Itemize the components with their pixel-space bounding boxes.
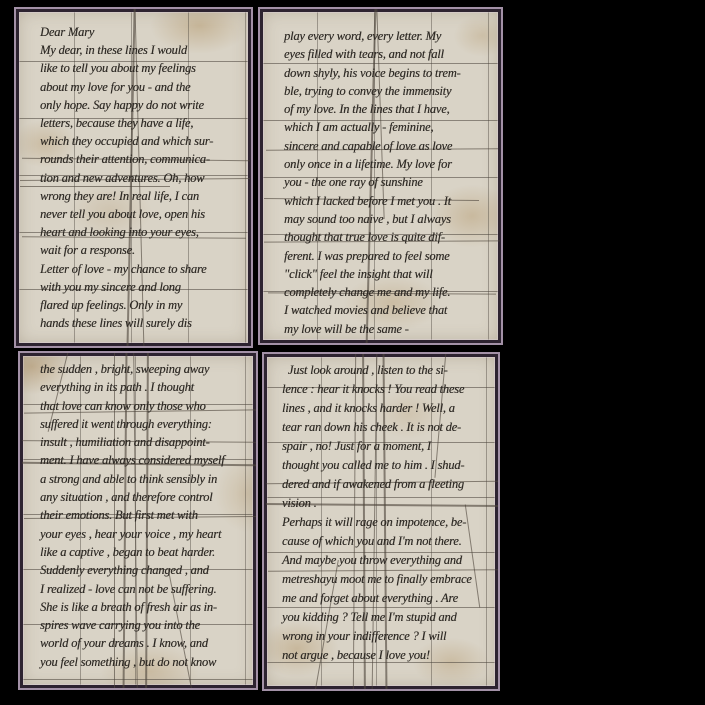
handwriting-line: heart and looking into your eyes, [40, 223, 247, 241]
handwriting-line: my love will be the same - [284, 320, 497, 338]
handwriting-line: Letter of love - my chance to share [40, 260, 247, 278]
handwriting-line: spires wave carrying you into the [40, 616, 252, 634]
handwriting-line: your eyes , hear your voice , my heart [40, 525, 252, 543]
handwriting-line: you feel something , but do not know [40, 653, 252, 671]
handwriting-line: vision . [282, 494, 494, 513]
handwriting-line: dered and if awakened from a fleeting [282, 475, 494, 494]
handwriting-line: tear ran down his cheek . It is not de- [282, 418, 494, 437]
handwriting-line: wrong in your indifference ? I will [282, 627, 494, 646]
handwriting-line: you kidding ? Tell me I'm stupid and [282, 608, 494, 627]
handwriting-line: Suddenly everything changed , and [40, 561, 252, 579]
handwriting-line: like a captive , began to beat harder. [40, 543, 252, 561]
handwriting-line: may sound too naive , but I always [284, 210, 497, 228]
handwriting-line: Dear Mary [40, 23, 247, 41]
handwriting-line: ment. I have always considered myself [40, 451, 252, 469]
handwriting-line: I realized - love can not be suffering. [40, 580, 252, 598]
handwriting-line: a strong and able to think sensibly in [40, 470, 252, 488]
handwriting-line: sincere and capable of love as love [284, 137, 497, 155]
handwriting-line: insult , humiliation and disappoint- [40, 433, 252, 451]
handwriting-line: Just look around , listen to the si- [282, 361, 494, 380]
handwriting-line: My dear, in these lines I would [40, 41, 247, 59]
handwriting-line: any situation , and therefore control [40, 488, 252, 506]
page-4-text: Just look around , listen to the si-lenc… [264, 354, 498, 689]
handwriting-line: which I lacked before I met you . It [284, 192, 497, 210]
handwriting-line: lines , and it knocks harder ! Well, a [282, 399, 494, 418]
handwriting-line: wrong they are! In real life, I can [40, 187, 247, 205]
handwriting-line: rounds their attention, communica- [40, 150, 247, 168]
handwriting-line: their emotions. But first met with [40, 506, 252, 524]
handwriting-line: And maybe you throw everything and [282, 551, 494, 570]
handwriting-line: the sudden , bright, sweeping away [40, 360, 252, 378]
handwriting-line: ferent. I was prepared to feel some [284, 247, 497, 265]
handwriting-line: Perhaps it will rage on impotence, be- [282, 513, 494, 532]
page-1-text: Dear MaryMy dear, in these lines I would… [16, 9, 251, 346]
handwriting-line: wait for a response. [40, 241, 247, 259]
handwriting-line: letters, because they have a life, [40, 114, 247, 132]
letter-page-2: play every word, every letter. Myeyes fi… [258, 7, 503, 345]
handwriting-line: suffered it went through everything: [40, 415, 252, 433]
handwriting-line: tion and new adventures. Oh, how [40, 169, 247, 187]
handwriting-line: that love can know only those who [40, 397, 252, 415]
handwriting-line: only hope. Say happy do not write [40, 96, 247, 114]
handwriting-line: spair , no! Just for a moment, I [282, 437, 494, 456]
handwriting-line: of my love. In the lines that I have, [284, 100, 497, 118]
handwriting-line: lence : hear it knocks ! You read these [282, 380, 494, 399]
page-2-text: play every word, every letter. Myeyes fi… [260, 9, 501, 343]
handwriting-line: world of your dreams . I know, and [40, 634, 252, 652]
letter-collage: Dear MaryMy dear, in these lines I would… [0, 0, 705, 705]
handwriting-line: I watched movies and believe that [284, 301, 497, 319]
handwriting-line: me and forget about everything . Are [282, 589, 494, 608]
handwriting-line: which I am actually - feminine, [284, 118, 497, 136]
page-3-text: the sudden , bright, sweeping awayeveryt… [20, 353, 256, 688]
handwriting-line: cause of which you and I'm not there. [282, 532, 494, 551]
handwriting-line: like to tell you about my feelings [40, 59, 247, 77]
handwriting-line: eyes filled with tears, and not fall [284, 45, 497, 63]
handwriting-line: ble, trying to convey the immensity [284, 82, 497, 100]
handwriting-line: not argue , because I love you! [282, 646, 494, 665]
handwriting-line: hands these lines will surely dis [40, 314, 247, 332]
handwriting-line: thought you called me to him . I shud- [282, 456, 494, 475]
handwriting-line: which they occupied and which sur- [40, 132, 247, 150]
handwriting-line: completely change me and my life. [284, 283, 497, 301]
handwriting-line: thought that true love is quite dif- [284, 228, 497, 246]
letter-page-3: the sudden , bright, sweeping awayeveryt… [18, 351, 258, 690]
handwriting-line: play every word, every letter. My [284, 27, 497, 45]
letter-page-1: Dear MaryMy dear, in these lines I would… [14, 7, 253, 348]
handwriting-line: flared up feelings. Only in my [40, 296, 247, 314]
letter-page-4: Just look around , listen to the si-lenc… [262, 352, 500, 691]
handwriting-line: never tell you about love, open his [40, 205, 247, 223]
handwriting-line: about my love for you - and the [40, 78, 247, 96]
handwriting-line: with you my sincere and long [40, 278, 247, 296]
handwriting-line: you - the one ray of sunshine [284, 173, 497, 191]
handwriting-line: down shyly, his voice begins to trem- [284, 64, 497, 82]
handwriting-line: everything in its path . I thought [40, 378, 252, 396]
handwriting-line: She is like a breath of fresh air as in- [40, 598, 252, 616]
handwriting-line: only once in a lifetime. My love for [284, 155, 497, 173]
handwriting-line: metreshayu moot me to finally embrace [282, 570, 494, 589]
handwriting-line: "click" feel the insight that will [284, 265, 497, 283]
